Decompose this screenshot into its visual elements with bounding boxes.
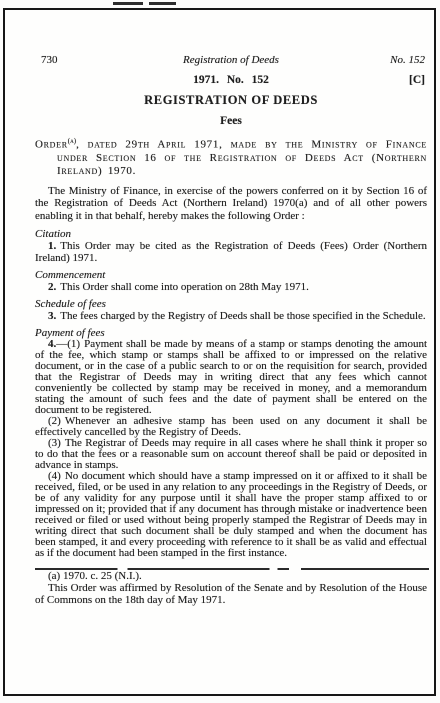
subsection-number: —(1) [56, 338, 80, 350]
section-heading-payment-of-fees: Payment of fees [35, 327, 427, 339]
order-heading-text: , dated 29th April 1971, made by the Min… [57, 139, 427, 177]
section-heading-schedule-of-fees: Schedule of fees [35, 298, 427, 310]
order-word: Order [35, 139, 68, 151]
page-content: 730 Registration of Deeds No. 152 1971. … [35, 54, 427, 606]
running-header: 730 Registration of Deeds No. 152 [35, 54, 427, 66]
subsection-number: (2) [48, 415, 61, 427]
section-text: The fees charged by the Registry of Deed… [60, 310, 425, 322]
series-number: No. 152 [390, 54, 425, 66]
section-4-paragraph-3: (3)The Registrar of Deeds may require in… [35, 438, 427, 471]
scan-artifact-dash [113, 2, 143, 5]
section-number: 3. [48, 310, 56, 322]
subsection-text: The Registrar of Deeds may require in al… [35, 437, 427, 471]
section-number: 1. [48, 240, 56, 252]
subsection-text: Whenever an adhesive stamp has been used… [35, 415, 427, 438]
section-2-paragraph: 2.This Order shall come into operation o… [35, 281, 427, 293]
subject-title: Fees [35, 115, 427, 127]
subsection-number: (3) [48, 437, 61, 449]
section-number: 2. [48, 281, 56, 293]
year-and-number: 1971. No. 152 [35, 74, 427, 86]
section-4-paragraph-1: 4.—(1)Payment shall be made by means of … [35, 339, 427, 416]
section-3-paragraph: 3.The fees charged by the Registry of De… [35, 310, 427, 322]
section-text: This Order shall come into operation on … [60, 281, 309, 293]
section-4-paragraph-4: (4)No document which should have a stamp… [35, 471, 427, 559]
subsection-text: No document which should have a stamp im… [35, 470, 427, 559]
section-text: This Order may be cited as the Registrat… [35, 240, 427, 264]
section-heading-commencement: Commencement [35, 269, 427, 281]
section-1-paragraph: 1.This Order may be cited as the Registr… [35, 240, 427, 264]
classification-mark: [C] [409, 74, 425, 86]
section-heading-citation: Citation [35, 228, 427, 240]
footnote-reference: (a) [68, 137, 76, 145]
title-row: 1971. No. 152 [C] [35, 74, 427, 86]
subsection-number: (4) [48, 470, 61, 482]
footnote-text: (a) 1970. c. 25 (N.I.). [35, 570, 427, 582]
main-title: REGISTRATION OF DEEDS [35, 94, 427, 107]
preamble-paragraph: The Ministry of Finance, in exercise of … [35, 185, 427, 223]
document-page: 730 Registration of Deeds No. 152 1971. … [3, 8, 436, 696]
order-heading: Order(a), dated 29th April 1971, made by… [35, 135, 427, 178]
section-number: 4. [48, 338, 56, 350]
affirmation-note: This Order was affirmed by Resolution of… [35, 582, 427, 606]
scan-artifact-dash [149, 2, 176, 5]
section-text: Payment shall be made by means of a stam… [35, 338, 427, 416]
section-4-paragraph-2: (2)Whenever an adhesive stamp has been u… [35, 416, 427, 438]
running-title: Registration of Deeds [35, 54, 427, 66]
